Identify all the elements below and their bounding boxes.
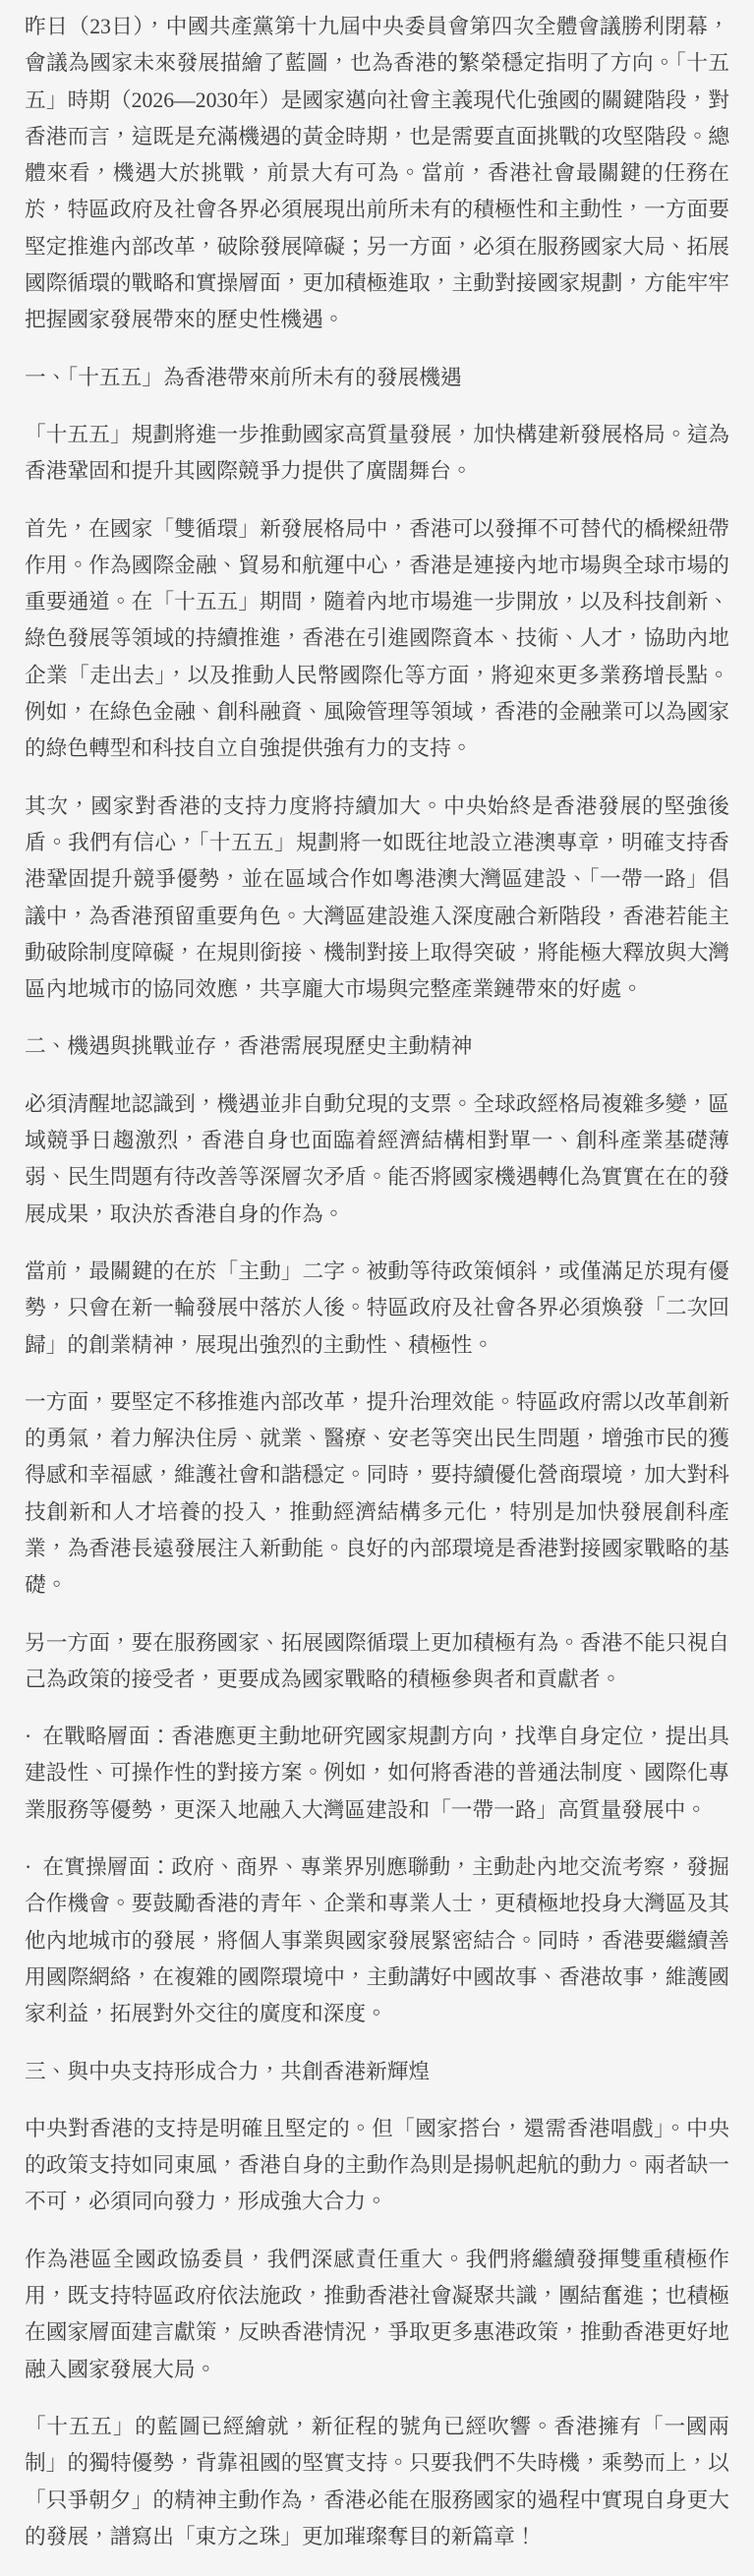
bullet-marker-icon: · (25, 1719, 31, 1755)
paragraph: 昨日（23日），中國共產黨第十九屆中央委員會第四次全體會議勝利閉幕，會議為國家未… (25, 9, 729, 339)
paragraph: 中央對香港的支持是明確且堅定的。但「國家搭台，還需香港唱戲」。中央的政策支持如同… (25, 2111, 729, 2221)
bullet-item: ·在實操層面：政府、商界、專業界別應聯動，主動赴內地交流考察，發掘合作機會。要鼓… (25, 1849, 729, 2032)
bullet-marker-icon: · (25, 1849, 31, 1886)
section-heading: 三、與中央支持形成合力，共創香港新輝煌 (25, 2054, 729, 2090)
paragraph: 必須清醒地認識到，機遇並非自動兌現的支票。全球政經格局複雜多變，區域競爭日趨激烈… (25, 1086, 729, 1233)
section-heading: 一、「十五五」為香港帶來前所未有的發展機遇 (25, 360, 729, 396)
bullet-item: ·在戰略層面：香港應更主動地研究國家規劃方向，找準自身定位，提出具建設性、可操作… (25, 1719, 729, 1829)
paragraph: 一方面，要堅定不移推進內部改革，提升治理效能。特區政府需以改革創新的勇氣，着力解… (25, 1384, 729, 1605)
paragraph: 當前，最關鍵的在於「主動」二字。被動等待政策傾斜，或僅滿足於現有優勢，只會在新一… (25, 1254, 729, 1364)
paragraph: 「十五五」規劃將進一步推動國家高質量發展，加快構建新發展格局。這為香港鞏固和提升… (25, 417, 729, 491)
paragraph: 作為港區全國政協委員，我們深感責任重大。我們將繼續發揮雙重積極作用，既支持特區政… (25, 2242, 729, 2388)
article-body: 昨日（23日），中國共產黨第十九屆中央委員會第四次全體會議勝利閉幕，會議為國家未… (0, 9, 754, 2555)
paragraph: 首先，在國家「雙循環」新發展格局中，香港可以發揮不可替代的橋樑紐帶作用。作為國際… (25, 511, 729, 768)
paragraph: 另一方面，要在服務國家、拓展國際循環上更加積極有為。香港不能只視自己為政策的接受… (25, 1625, 729, 1699)
paragraph: 其次，國家對香港的支持力度將持續加大。中央始終是香港發展的堅強後盾。我們有信心，… (25, 789, 729, 1009)
section-heading: 二、機遇與挑戰並存，香港需展現歷史主動精神 (25, 1028, 729, 1065)
